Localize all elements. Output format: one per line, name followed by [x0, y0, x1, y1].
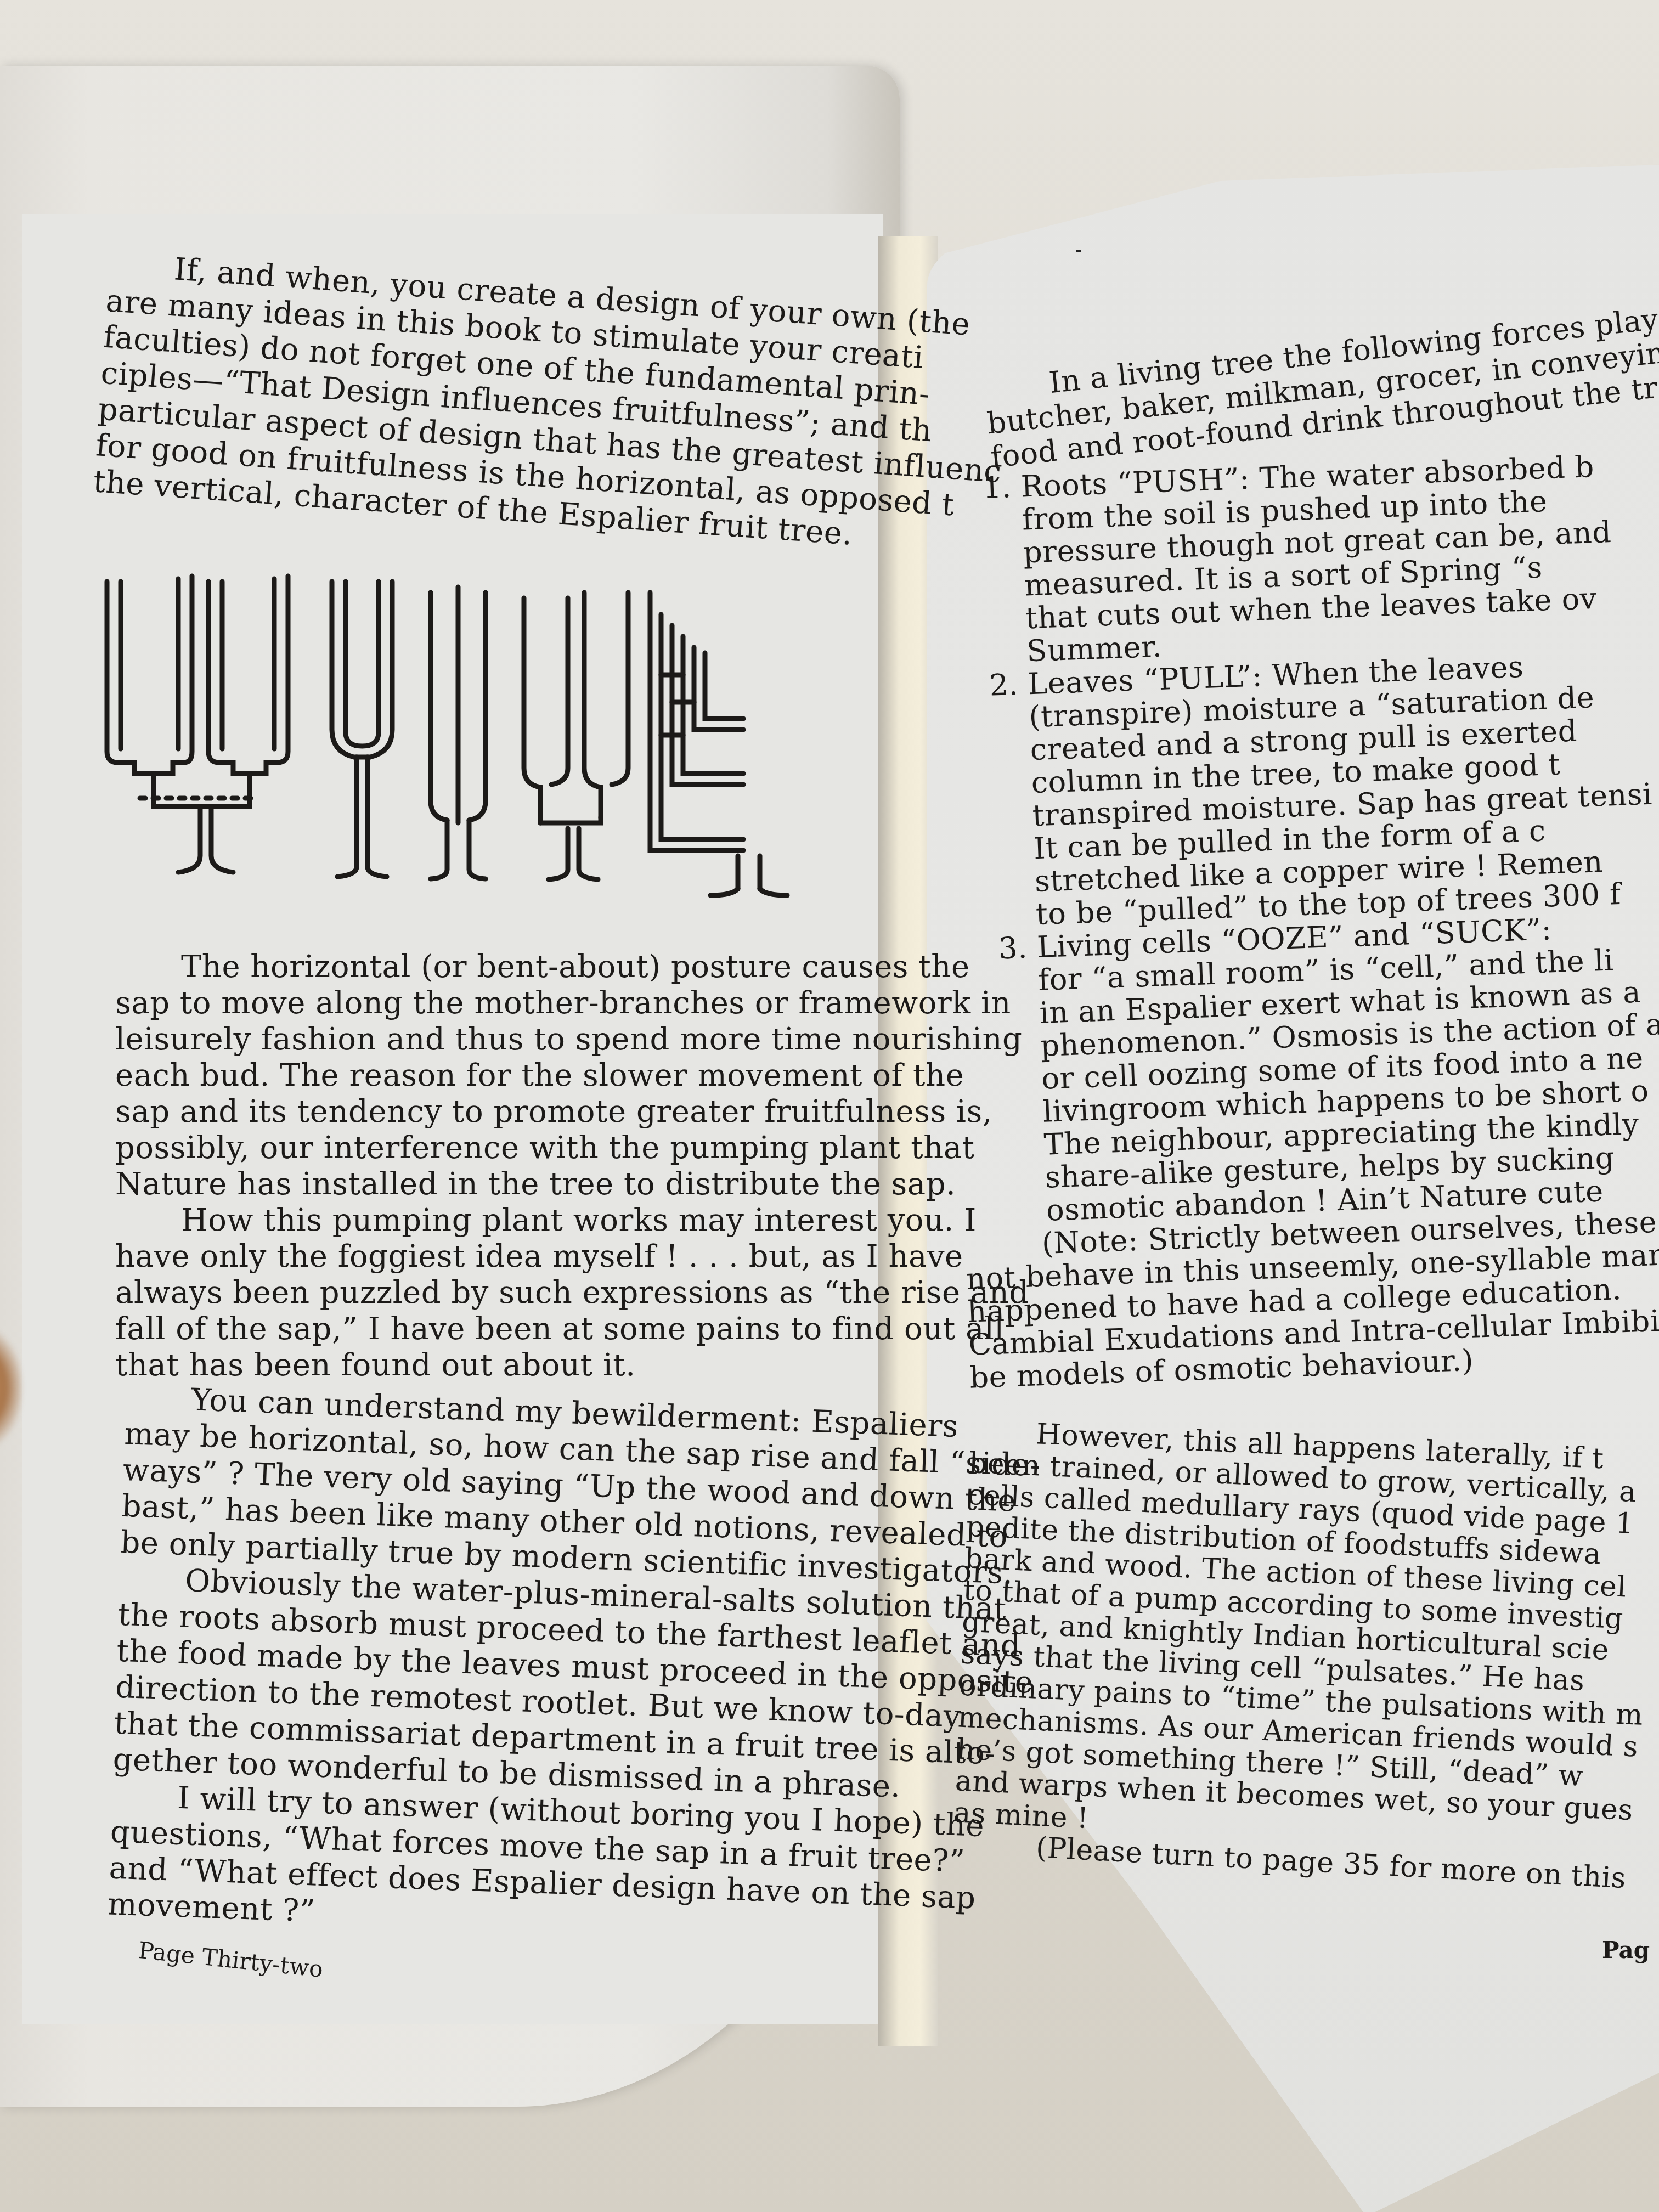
espalier-tree-illustration — [101, 571, 891, 900]
list-number: 1. — [982, 471, 1012, 505]
text-line: possibly, our interference with the pump… — [115, 1130, 894, 1166]
text-line: each bud. The reason for the slower move… — [115, 1058, 894, 1094]
list-number: 3. — [998, 932, 1028, 966]
text-line: Nature has installed in the tree to dist… — [115, 1166, 894, 1203]
text-line: sap to move along the mother-branches or… — [115, 985, 894, 1022]
text-line: The horizontal (or bent-about) posture c… — [115, 949, 894, 985]
list-item-cells-ooze-suck: 3.Living cells “OOZE” and “SUCK”: for “a… — [998, 907, 1659, 1228]
list-item-roots-push: 1.Roots “PUSH”: The water absorbed b fro… — [982, 447, 1659, 669]
left-posture-paragraph: The horizontal (or bent-about) posture c… — [115, 949, 894, 1384]
left-lower-paragraphs: You can understand my bewilderment: Espa… — [107, 1380, 894, 1949]
text-line: fall of the sap,” I have been at some pa… — [115, 1311, 894, 1347]
espalier-diagram-icon — [101, 571, 891, 900]
note-paragraph: (Note: Strictly between ourselves, these… — [1008, 1204, 1659, 1393]
right-page-number: Pag — [1602, 1937, 1650, 1963]
tree-stepped-cordon — [650, 592, 787, 895]
text-line: leisurely fashion and thus to spend more… — [115, 1022, 894, 1058]
text-line: always been puzzled by such expressions … — [115, 1275, 894, 1311]
list-number: 2. — [989, 668, 1019, 702]
tree-double-u — [107, 576, 288, 872]
text-line: sap and its tendency to promote greater … — [115, 1094, 894, 1130]
list-item-leaves-pull: 2.Leaves “PULL”: When the leaves (transp… — [989, 644, 1659, 932]
tree-double-u-candelabra — [524, 592, 628, 879]
text-line: How this pumping plant works may interes… — [115, 1203, 894, 1239]
text-line: that has been found out about it. — [115, 1347, 894, 1384]
left-intro-paragraph: If, and when, you create a design of you… — [92, 247, 887, 554]
however-paragraph: However, this all happens laterally, if … — [953, 1415, 1659, 1860]
tree-u-form — [332, 582, 392, 877]
tree-triple-upright — [431, 587, 486, 879]
text-line: have only the foggiest idea myself ! . .… — [115, 1239, 894, 1275]
ink-speck — [1076, 250, 1081, 252]
forces-numbered-list: 1.Roots “PUSH”: The water absorbed b fro… — [982, 447, 1659, 1393]
